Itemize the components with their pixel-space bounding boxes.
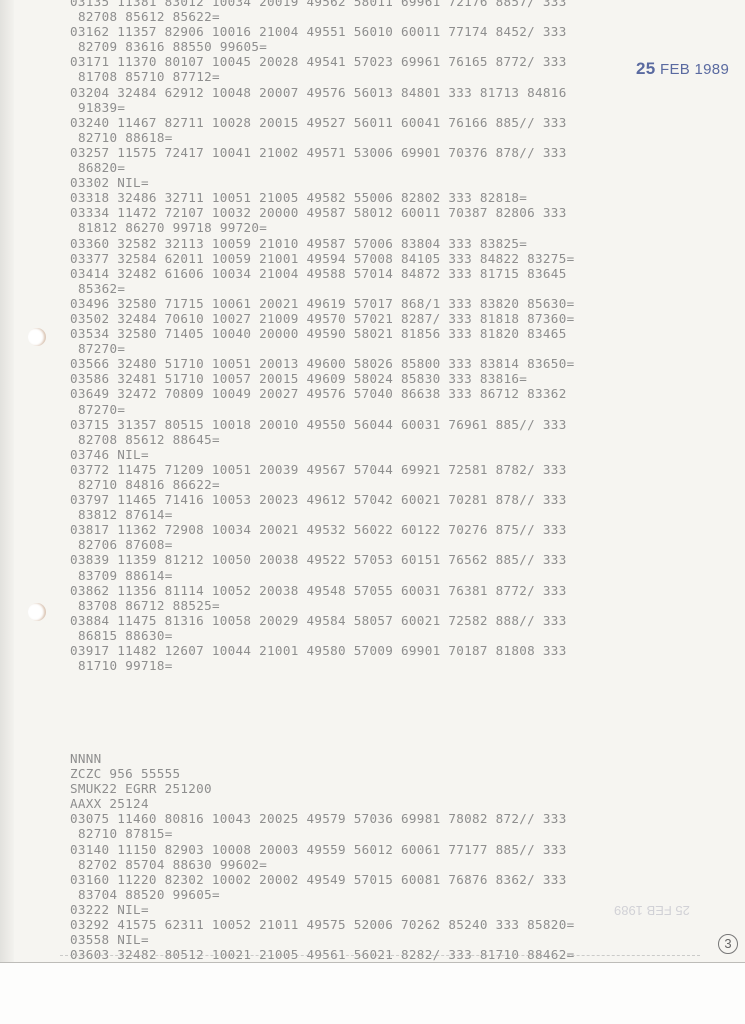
continuation-line: 83709 88614=: [70, 568, 574, 583]
observation-line: NNNN: [70, 751, 574, 766]
continuation-line: 83708 86712 88525=: [70, 598, 574, 613]
observation-line: 03502 32484 70610 10027 21009 49570 5702…: [70, 311, 574, 326]
continuation-line: 82708 85612 88645=: [70, 432, 574, 447]
continuation-line: 86820=: [70, 160, 574, 175]
observation-line: 03414 32482 61606 10034 21004 49588 5701…: [70, 266, 574, 281]
observation-line: 03558 NIL=: [70, 932, 574, 947]
continuation-line: 82702 85704 88630 99602=: [70, 857, 574, 872]
printout-sheet: 03135 11381 83012 10034 20019 49562 5801…: [0, 0, 745, 963]
observation-line: 03772 11475 71209 10051 20039 49567 5704…: [70, 462, 574, 477]
observation-line: 03171 11370 80107 10045 20028 49541 5702…: [70, 54, 574, 69]
observation-line: 03140 11150 82903 10008 20003 49559 5601…: [70, 842, 574, 857]
observation-line: 03586 32481 51710 10057 20015 49609 5802…: [70, 371, 574, 386]
observation-line: AAXX 25124: [70, 796, 574, 811]
observation-line: 03360 32582 32113 10059 21010 49587 5700…: [70, 236, 574, 251]
cut-off-line: [60, 955, 700, 962]
continuation-line: 85362=: [70, 281, 574, 296]
continuation-line: 82710 84816 86622=: [70, 477, 574, 492]
continuation-line: 83812 87614=: [70, 507, 574, 522]
observation-line: 03222 NIL=: [70, 902, 574, 917]
observation-line: 03496 32580 71715 10061 20021 49619 5701…: [70, 296, 574, 311]
continuation-line: 82710 88618=: [70, 130, 574, 145]
continuation-line: 81710 99718=: [70, 658, 574, 673]
observation-line: SMUK22 EGRR 251200: [70, 781, 574, 796]
continuation-line: 82710 87815=: [70, 826, 574, 841]
observation-line: 03162 11357 82906 10016 21004 49551 5601…: [70, 24, 574, 39]
observation-line: 03746 NIL=: [70, 447, 574, 462]
observation-line: 03649 32472 70809 10049 20027 49576 5704…: [70, 386, 574, 401]
observation-line: 03884 11475 81316 10058 20029 49584 5805…: [70, 613, 574, 628]
observation-line: 03318 32486 32711 10051 21005 49582 5500…: [70, 190, 574, 205]
observation-line: 03534 32580 71405 10040 20000 49590 5802…: [70, 326, 574, 341]
continuation-line: 82706 87608=: [70, 537, 574, 552]
continuation-line: 82708 85612 85622=: [70, 9, 574, 24]
observation-line: ZCZC 956 55555: [70, 766, 574, 781]
observation-line: 03160 11220 82302 10002 20002 49549 5701…: [70, 872, 574, 887]
continuation-line: 86815 88630=: [70, 628, 574, 643]
observation-line: 03839 11359 81212 10050 20038 49522 5705…: [70, 552, 574, 567]
observation-line: 03797 11465 71416 10053 20023 49612 5704…: [70, 492, 574, 507]
observation-line: 03715 31357 80515 10018 20010 49550 5604…: [70, 417, 574, 432]
observation-block-1: 03135 11381 83012 10034 20019 49562 5801…: [70, 0, 574, 673]
observation-line: 03334 11472 72107 10032 20000 49587 5801…: [70, 205, 574, 220]
stamp-month-year: FEB 1989: [660, 61, 729, 78]
punch-hole-icon: [28, 603, 46, 621]
continuation-line: 83704 88520 99605=: [70, 887, 574, 902]
observation-line: 03817 11362 72908 10034 20021 49532 5602…: [70, 522, 574, 537]
observation-line: 03566 32480 51710 10051 20013 49600 5802…: [70, 356, 574, 371]
observation-line: 03257 11575 72417 10041 21002 49571 5300…: [70, 145, 574, 160]
observation-line: 03302 NIL=: [70, 175, 574, 190]
observation-line: 03135 11381 83012 10034 20019 49562 5801…: [70, 0, 574, 9]
continuation-line: 81708 85710 87712=: [70, 69, 574, 84]
continuation-line: 87270=: [70, 341, 574, 356]
continuation-line: 82709 83616 88550 99605=: [70, 39, 574, 54]
observation-line: 03917 11482 12607 10044 21001 49580 5700…: [70, 643, 574, 658]
observation-line: 03204 32484 62912 10048 20007 49576 5601…: [70, 85, 574, 100]
continuation-line: 91839=: [70, 100, 574, 115]
continuation-line: 81812 86270 99718 99720=: [70, 220, 574, 235]
observation-line: 03377 32584 62011 10059 21001 49594 5700…: [70, 251, 574, 266]
punch-hole-icon: [28, 328, 46, 346]
observation-line: 03292 41575 62311 10052 21011 49575 5200…: [70, 917, 574, 932]
show-through-stamp: 25 FEB 1989: [614, 903, 690, 918]
observation-line: 03240 11467 82711 10028 20015 49527 5601…: [70, 115, 574, 130]
page-number-circle: 3: [718, 934, 738, 954]
observation-line: 03862 11356 81114 10052 20038 49548 5705…: [70, 583, 574, 598]
observation-block-2: NNNNZCZC 956 55555SMUK22 EGRR 251200AAXX…: [70, 751, 574, 962]
received-date-stamp: 25 FEB 1989: [636, 59, 729, 79]
observation-line: 03075 11460 80816 10043 20025 49579 5703…: [70, 811, 574, 826]
stamp-day: 25: [636, 59, 656, 78]
continuation-line: 87270=: [70, 402, 574, 417]
